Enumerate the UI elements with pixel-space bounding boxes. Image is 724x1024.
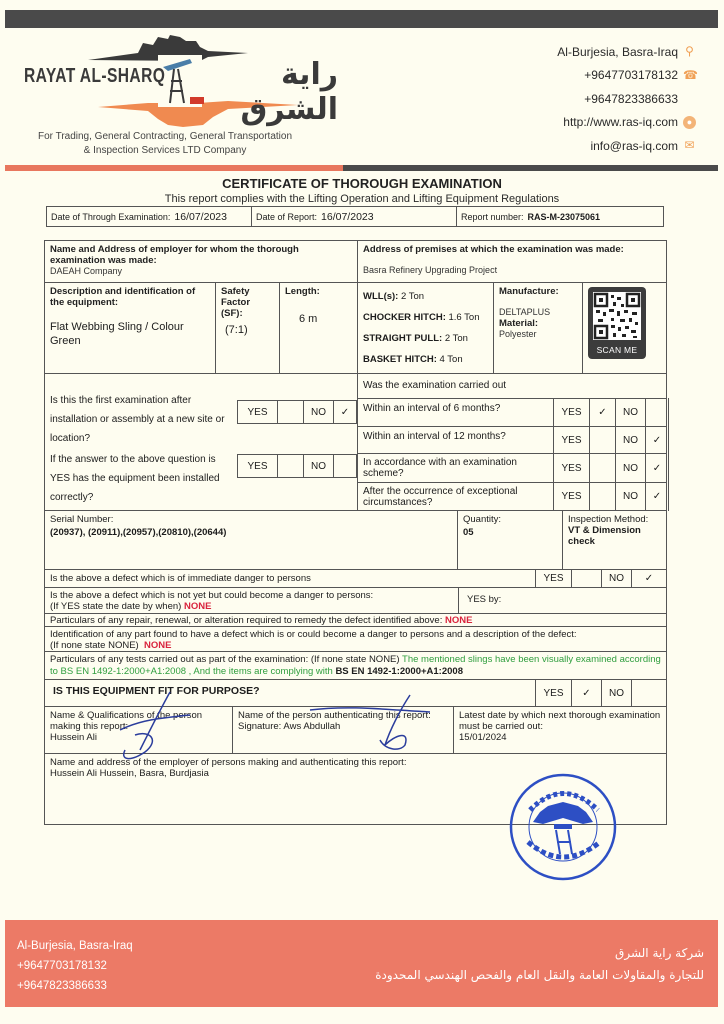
quantity-label: Quantity: [463,514,557,525]
choker-value: 1.6 Ton [449,312,480,323]
equipment-desc-cell: Description and identification of the eq… [45,283,216,373]
carried-out-yes-no: YES ✓ NO [553,398,669,427]
certificate-title: CERTIFICATE OF THOROUGH EXAMINATION [0,176,724,191]
no-label: NO [602,569,632,588]
location-pin-icon: ⚲ [683,45,696,58]
future-yes-by: YES by: [459,588,666,613]
wll-value: 2 Ton [401,291,424,302]
date-report-label: Date of Report: [256,212,317,222]
logo-text-ar: راية الشرق [206,57,338,127]
no-label: NO [616,426,646,454]
immediate-no-checkbox[interactable]: ✓ [632,569,666,588]
date-exam-label: Date of Through Examination: [51,212,170,222]
basket-line: BASKET HITCH: 4 Ton [363,349,488,370]
tests-question: Particulars of any tests carried out as … [50,654,400,665]
contact-address-text: Al-Burjesia, Basra-Iraq [557,45,678,59]
basket-label: BASKET HITCH: [363,354,437,365]
carried-out-item: Within an interval of 6 months? YES ✓ NO [358,399,666,427]
yes-checkbox[interactable]: ✓ [590,398,616,427]
material-value: Polyester [499,329,577,340]
wll-cell: WLL(s): 2 Ton CHOCKER HITCH: 1.6 Ton STR… [358,283,494,373]
next-exam-value: 15/01/2024 [459,732,661,743]
installed-yes-checkbox[interactable] [278,455,304,477]
quantity-cell: Quantity: 05 [458,511,563,569]
contact-web[interactable]: http://www.ras-iq.com ● [557,111,696,135]
carried-out-heading: Was the examination carried out [363,380,506,391]
identification-value: NONE [144,640,171,651]
footer-band: Al-Burjesia, Basra-Iraq +9647703178132 +… [5,920,718,1007]
report-number-cell: Report number:RAS-M-23075061 [457,207,664,227]
basket-value: 4 Ton [440,354,463,365]
repair-row: Particulars of any repair, renewal, or a… [45,614,666,627]
safety-factor-value: (7:1) [221,323,274,337]
carried-out-question: Within an interval of 6 months? [363,403,543,414]
future-danger-hint: (If YES state the date by when) [50,601,181,612]
identification-row: Identification of any part found to have… [45,627,666,652]
header-top-band [5,10,718,28]
contact-address: Al-Burjesia, Basra-Iraq ⚲ [557,40,696,64]
footer-arabic: شركة راية الشرق للتجارة والمقاولات العام… [375,942,704,986]
choker-label: CHOCKER HITCH: [363,312,446,323]
yes-label: YES [238,455,278,477]
no-checkbox[interactable]: ✓ [646,453,668,483]
manufacture-cell: Manufacture: DELTAPLUS Material: Polyest… [494,283,583,373]
yes-checkbox[interactable] [590,426,616,454]
wll-line: WLL(s): 2 Ton [363,286,488,307]
yes-label: YES [536,569,572,588]
carried-out-question: In accordance with an examination scheme… [363,457,543,479]
signatures-row: Name & Qualifications of the person maki… [45,707,666,754]
premises-value: Basra Refinery Upgrading Project [363,265,661,276]
carried-out-yes-no: YES NO ✓ [553,482,669,511]
inspection-method-value: VT & Dimension check [568,525,661,547]
contact-phone-2-text[interactable]: +9647823386633 [584,92,678,106]
footer-contacts: Al-Burjesia, Basra-Iraq +9647703178132 +… [17,936,133,996]
straight-line: STRAIGHT PULL: 2 Ton [363,328,488,349]
wll-label: WLL(s): [363,291,398,302]
future-danger-cell: Is the above a defect which is not yet b… [45,588,459,613]
future-danger-value: NONE [184,601,211,612]
authenticator-value: Signature: Aws Abdullah [238,721,448,732]
date-report-cell: Date of Report:16/07/2023 [252,207,457,227]
manufacture-label: Manufacture: [499,286,577,297]
equipment-desc-value: Flat Webbing Sling / Colour Green [50,320,210,348]
repair-value: NONE [445,615,472,626]
contact-mail-link[interactable]: info@ras-iq.com [590,139,678,153]
authenticator-cell: Name of the person authenticating this r… [233,707,454,753]
yes-label: YES [554,426,590,454]
immediate-danger-question: Is the above a defect which is of immedi… [45,570,536,587]
employer-label: Name and Address of employer for whom th… [50,244,352,266]
carried-out-question: Within an interval of 12 months? [363,431,543,442]
tagline-line-2: & Inspection Services LTD Company [20,144,310,158]
yes-checkbox[interactable] [590,453,616,483]
safety-factor-cell: Safety Factor (SF): (7:1) [216,283,280,373]
footer-phone-2[interactable]: +9647823386633 [17,976,133,996]
employer-premises-row: Name and Address of employer for whom th… [45,241,666,283]
immediate-danger-yes-no: YES NO ✓ [536,569,666,588]
identification-cell: Identification of any part found to have… [45,627,666,651]
scan-me-label: SCAN ME [588,345,646,356]
carried-out-cell: Was the examination carried out Within a… [358,374,666,510]
tests-cell: Particulars of any tests carried out as … [45,652,666,679]
company-logo: RAYAT AL-SHARQ راية الشرق [18,35,338,130]
web-icon: ● [683,116,696,129]
material-label: Material: [499,318,577,329]
tagline-line-1: For Trading, General Contracting, Genera… [20,130,310,144]
date-exam-cell: Date of Through Examination:16/07/2023 [47,207,252,227]
date-exam-value: 16/07/2023 [174,211,227,223]
no-label: NO [616,482,646,511]
tests-row: Particulars of any tests carried out as … [45,652,666,680]
dates-table: Date of Through Examination:16/07/2023 D… [46,206,664,227]
no-checkbox[interactable]: ✓ [646,426,668,454]
carried-out-yes-no: YES NO ✓ [553,426,669,454]
straight-value: 2 Ton [445,333,468,344]
fit-purpose-yes-no: YES ✓ NO [536,679,666,707]
yes-label: YES [554,453,590,483]
date-report-value: 16/07/2023 [321,211,374,223]
yes-label: YES [554,398,590,427]
yes-label: YES [536,679,572,707]
mail-icon: ✉ [683,139,696,152]
report-number-label: Report number: [461,212,524,222]
equipment-desc-label: Description and identification of the eq… [50,286,210,308]
contact-mail[interactable]: info@ras-iq.com ✉ [557,134,696,158]
premises-label: Address of premises at which the examina… [363,244,661,255]
fit-purpose-question: IS THIS EQUIPMENT FIT FOR PURPOSE? [45,680,536,706]
length-value: 6 m [285,312,352,326]
employer-cell: Name and Address of employer for whom th… [45,241,358,282]
company-stamp [508,772,618,882]
installed-no-checkbox[interactable] [334,455,356,477]
divider-gray [343,165,718,171]
length-cell: Length: 6 m [280,283,358,373]
carried-out-question: After the occurrence of exceptional circ… [363,486,543,508]
repair-cell: Particulars of any repair, renewal, or a… [45,614,666,626]
footer-arabic-line-2: للتجارة والمقاولات العامة والنقل العام و… [375,964,704,986]
first-exam-yes-checkbox[interactable] [278,401,304,423]
installed-question: If the answer to the above question is Y… [50,450,235,507]
qr-code[interactable]: SCAN ME [588,287,646,359]
yes-checkbox[interactable] [590,482,616,511]
straight-label: STRAIGHT PULL: [363,333,442,344]
stamp-icon [508,772,618,882]
tests-standard: BS EN 1492-1:2000+A1:2008 [335,666,463,677]
serial-row: Serial Number: (20937), (20911),(20957),… [45,511,666,570]
serial-cell: Serial Number: (20937), (20911),(20957),… [45,511,458,569]
serial-value: (20937), (20911),(20957),(20810),(20644) [50,527,452,538]
next-exam-label: Latest date by which next thorough exami… [459,710,661,732]
maker-value: Hussein Ali [50,732,227,743]
inspection-method-cell: Inspection Method: VT & Dimension check [563,511,666,569]
yes-label: YES [238,401,278,423]
no-label: NO [304,455,334,477]
carried-out-item: After the occurrence of exceptional circ… [358,483,666,511]
no-label: NO [304,401,334,423]
future-danger-question: Is the above a defect which is not yet b… [50,590,453,601]
header-contacts: Al-Burjesia, Basra-Iraq ⚲ +9647703178132… [557,40,696,158]
fit-no-checkbox[interactable] [632,679,666,707]
premises-cell: Address of premises at which the examina… [358,241,666,282]
report-number-value: RAS-M-23075061 [528,212,601,222]
persons-employer-label: Name and address of the employer of pers… [50,757,661,768]
examination-form: Name and Address of employer for whom th… [44,240,667,825]
exam-questions-row: Is this the first examination after inst… [45,374,666,511]
immediate-yes-checkbox[interactable] [572,569,602,588]
serial-label: Serial Number: [50,514,452,525]
no-checkbox[interactable] [646,398,668,427]
next-exam-cell: Latest date by which next thorough exami… [454,707,666,753]
installed-yes-no: YES NO [237,454,357,478]
length-label: Length: [285,286,352,297]
identification-question: Identification of any part found to have… [50,629,661,640]
employer-value: DAEAH Company [50,266,352,277]
no-checkbox[interactable]: ✓ [646,482,668,511]
inspection-method-label: Inspection Method: [568,514,661,525]
fit-purpose-row: IS THIS EQUIPMENT FIT FOR PURPOSE? YES ✓… [45,680,666,707]
divider-orange [5,165,343,171]
footer-phone-1[interactable]: +9647703178132 [17,956,133,976]
choker-line: CHOCKER HITCH: 1.6 Ton [363,307,488,328]
contact-web-link[interactable]: http://www.ras-iq.com [563,115,678,129]
logo-text-en: RAYAT AL-SHARQ [24,65,165,88]
contact-phone-1-text[interactable]: +9647703178132 [584,68,678,82]
safety-factor-label: Safety Factor (SF): [221,286,274,319]
first-exam-yes-no: YES NO ✓ [237,400,357,424]
repair-question: Particulars of any repair, renewal, or a… [50,615,442,626]
future-danger-row: Is the above a defect which is not yet b… [45,588,666,614]
first-exam-no-checkbox[interactable]: ✓ [334,401,356,423]
no-label: NO [616,398,646,427]
yes-label: YES [554,482,590,511]
equipment-row: Description and identification of the eq… [45,283,666,374]
footer-address: Al-Burjesia, Basra-Iraq [17,936,133,956]
no-label: NO [602,679,632,707]
carried-out-item: In accordance with an examination scheme… [358,454,666,483]
authenticator-label: Name of the person authenticating this r… [238,710,448,721]
contact-phone-2[interactable]: +9647823386633 . [557,87,696,111]
carried-out-item: Within an interval of 12 months? YES NO … [358,427,666,454]
footer-arabic-line-1: شركة راية الشرق [375,942,704,964]
first-exam-cell: Is this the first examination after inst… [45,374,358,510]
company-tagline: For Trading, General Contracting, Genera… [20,130,310,158]
fit-yes-checkbox[interactable]: ✓ [572,679,602,707]
no-label: NO [616,453,646,483]
identification-hint: (If none state NONE) [50,640,139,651]
manufacture-value: DELTAPLUS [499,307,577,318]
first-exam-question: Is this the first examination after inst… [50,391,235,448]
carried-out-list: Within an interval of 6 months? YES ✓ NO… [358,398,666,511]
maker-label: Name & Qualifications of the person maki… [50,710,227,732]
contact-phone-1[interactable]: +9647703178132 ☎ [557,64,696,88]
maker-cell: Name & Qualifications of the person maki… [45,707,233,753]
phone-icon: ☎ [683,69,696,82]
certificate-subtitle: This report complies with the Lifting Op… [0,193,724,205]
immediate-danger-row: Is the above a defect which is of immedi… [45,570,666,588]
quantity-value: 05 [463,527,557,538]
carried-out-yes-no: YES NO ✓ [553,453,669,483]
qr-code-icon [593,292,641,340]
qr-cell: SCAN ME [583,283,666,373]
